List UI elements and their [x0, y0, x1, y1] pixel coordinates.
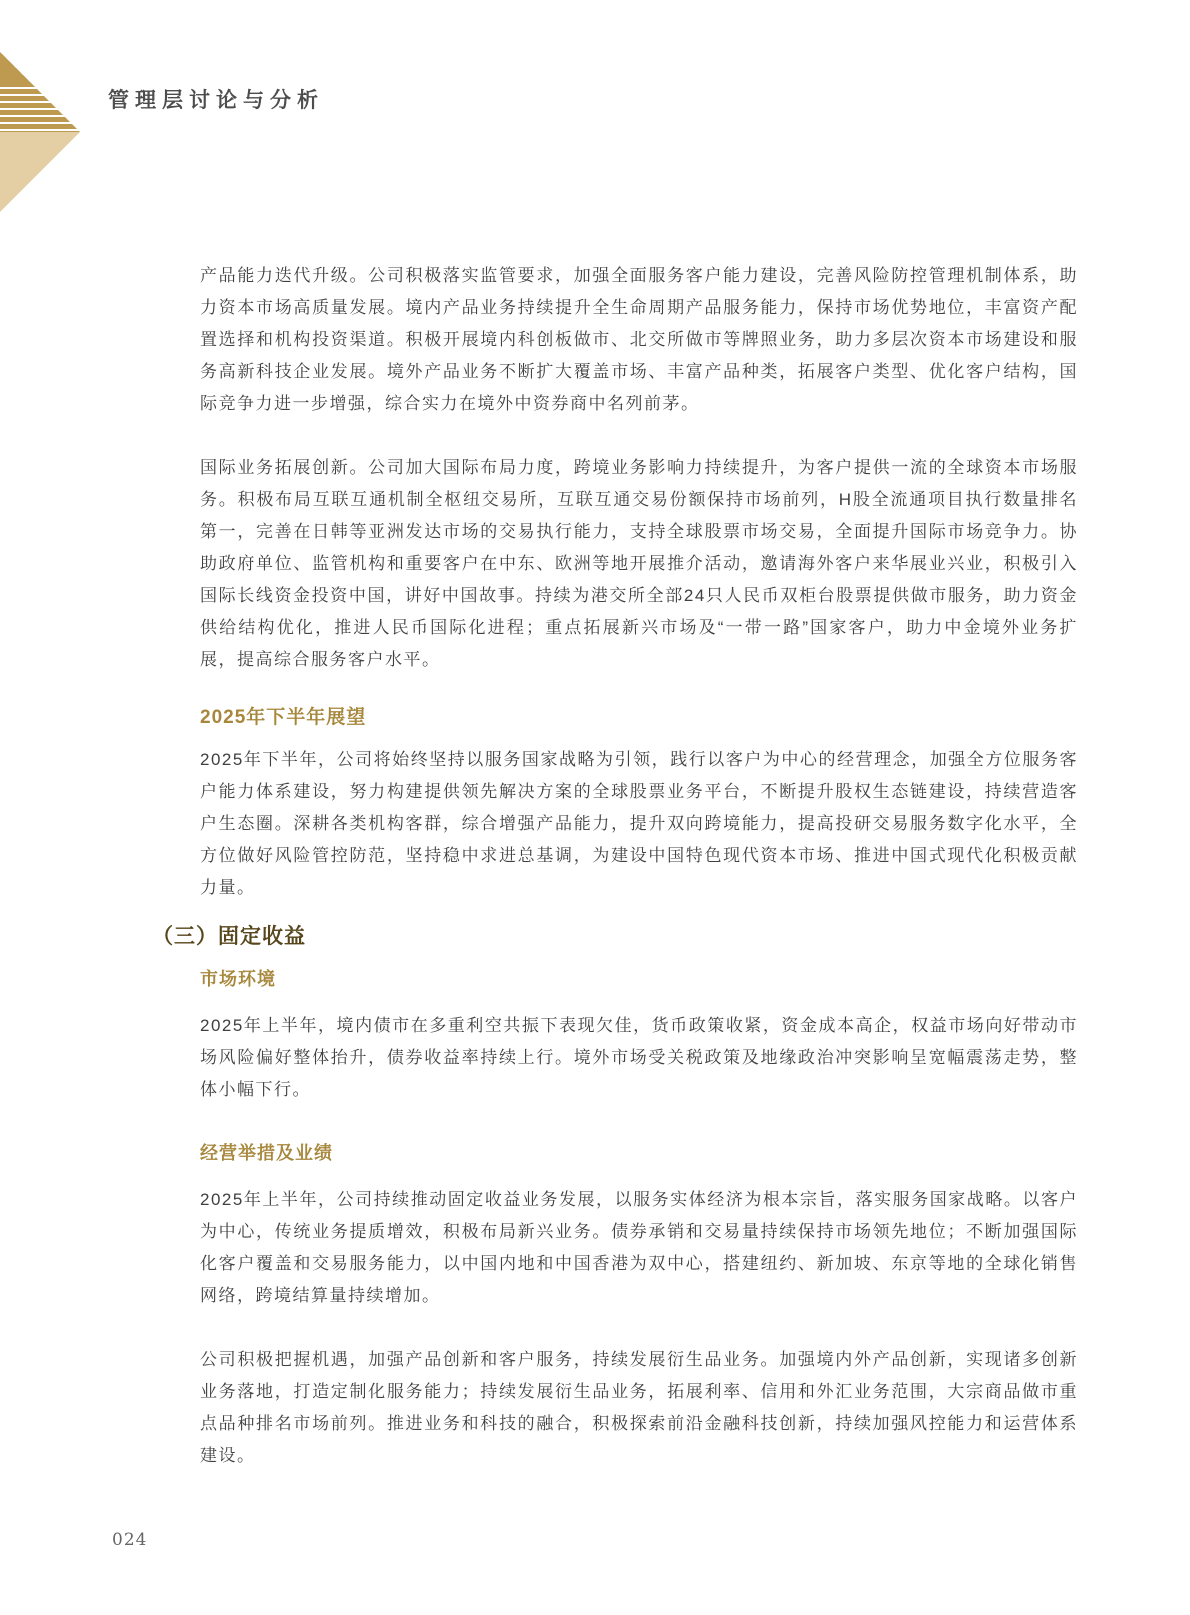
tan-triangle — [0, 132, 80, 212]
paragraph-product-capability: 产品能力迭代升级。公司积极落实监管要求，加强全面服务客户能力建设，完善风险防控管… — [200, 260, 1078, 420]
heading-section-fixed-income: （三）固定收益 — [152, 922, 1078, 952]
heading-market-environment: 市场环境 — [200, 966, 1078, 992]
gold-striped-triangle — [0, 52, 80, 132]
paragraph-operations-1: 2025年上半年，公司持续推动固定收益业务发展，以服务实体经济为根本宗旨，落实服… — [200, 1184, 1078, 1312]
paragraph-operations-2: 公司积极把握机遇，加强产品创新和客户服务，持续发展衍生品业务。加强境内外产品创新… — [200, 1344, 1078, 1472]
paragraph-outlook: 2025年下半年，公司将始终坚持以服务国家战略为引领，践行以客户为中心的经营理念… — [200, 744, 1078, 904]
paragraph-market-environment: 2025年上半年，境内债市在多重利空共振下表现欠佳，货币政策收紧，资金成本高企，… — [200, 1010, 1078, 1106]
report-page: 管理层讨论与分析 产品能力迭代升级。公司积极落实监管要求，加强全面服务客户能力建… — [0, 0, 1190, 1615]
corner-triangle-decoration — [0, 52, 80, 212]
heading-2025-second-half-outlook: 2025年下半年展望 — [200, 704, 1078, 732]
page-number: 024 — [112, 1530, 147, 1550]
paragraph-international-business: 国际业务拓展创新。公司加大国际布局力度，跨境业务影响力持续提升，为客户提供一流的… — [200, 452, 1078, 676]
page-title: 管理层讨论与分析 — [108, 84, 324, 114]
content-column: 产品能力迭代升级。公司积极落实监管要求，加强全面服务客户能力建设，完善风险防控管… — [200, 260, 1078, 1472]
heading-operations-and-results: 经营举措及业绩 — [200, 1140, 1078, 1166]
